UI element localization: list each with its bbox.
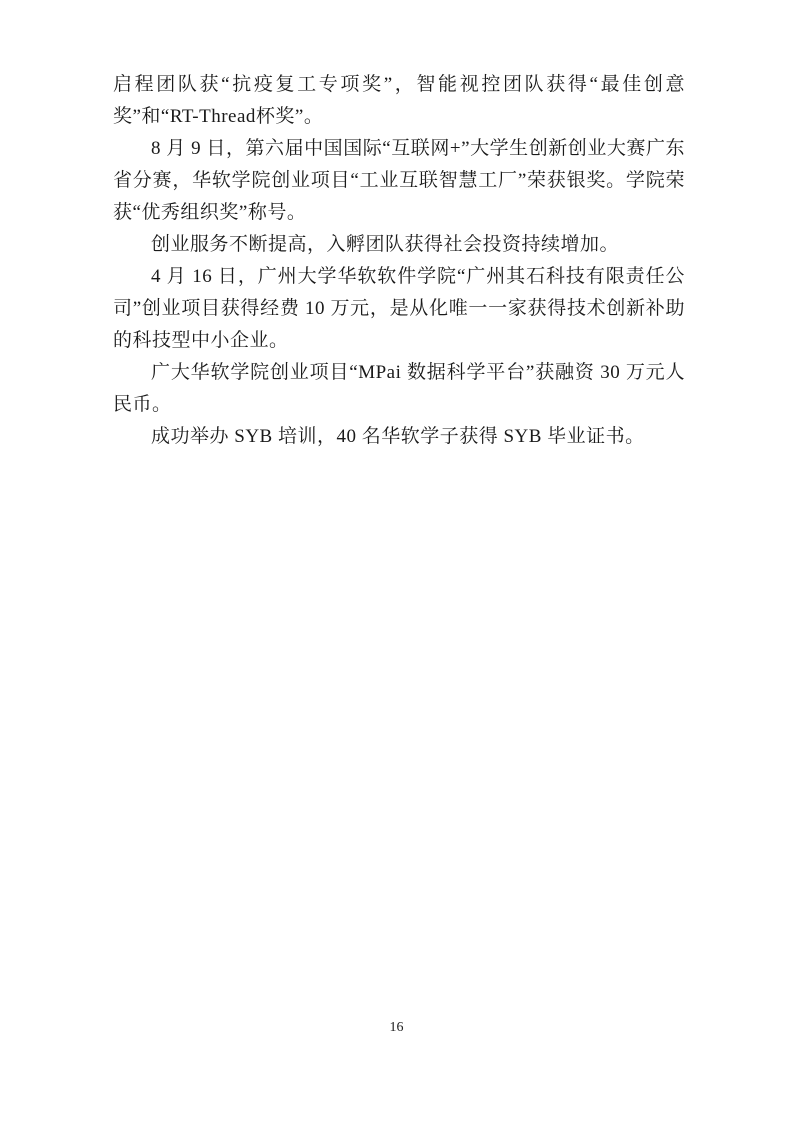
paragraph: 创业服务不断提高，入孵团队获得社会投资持续增加。: [113, 229, 685, 261]
paragraph: 4 月 16 日，广州大学华软软件学院“广州其石科技有限责任公司”创业项目获得经…: [113, 261, 685, 357]
page-body-text: 启程团队获“抗疫复工专项奖”，智能视控团队获得“最佳创意奖”和“RT-Threa…: [113, 69, 685, 453]
paragraph: 8 月 9 日，第六届中国国际“互联网+”大学生创新创业大赛广东省分赛，华软学院…: [113, 133, 685, 229]
paragraph: 广大华软学院创业项目“MPai 数据科学平台”获融资 30 万元人民币。: [113, 357, 685, 421]
page-number: 16: [0, 1020, 793, 1036]
document-page: 启程团队获“抗疫复工专项奖”，智能视控团队获得“最佳创意奖”和“RT-Threa…: [0, 0, 793, 1122]
paragraph: 启程团队获“抗疫复工专项奖”，智能视控团队获得“最佳创意奖”和“RT-Threa…: [113, 69, 685, 133]
paragraph: 成功举办 SYB 培训，40 名华软学子获得 SYB 毕业证书。: [113, 421, 685, 453]
